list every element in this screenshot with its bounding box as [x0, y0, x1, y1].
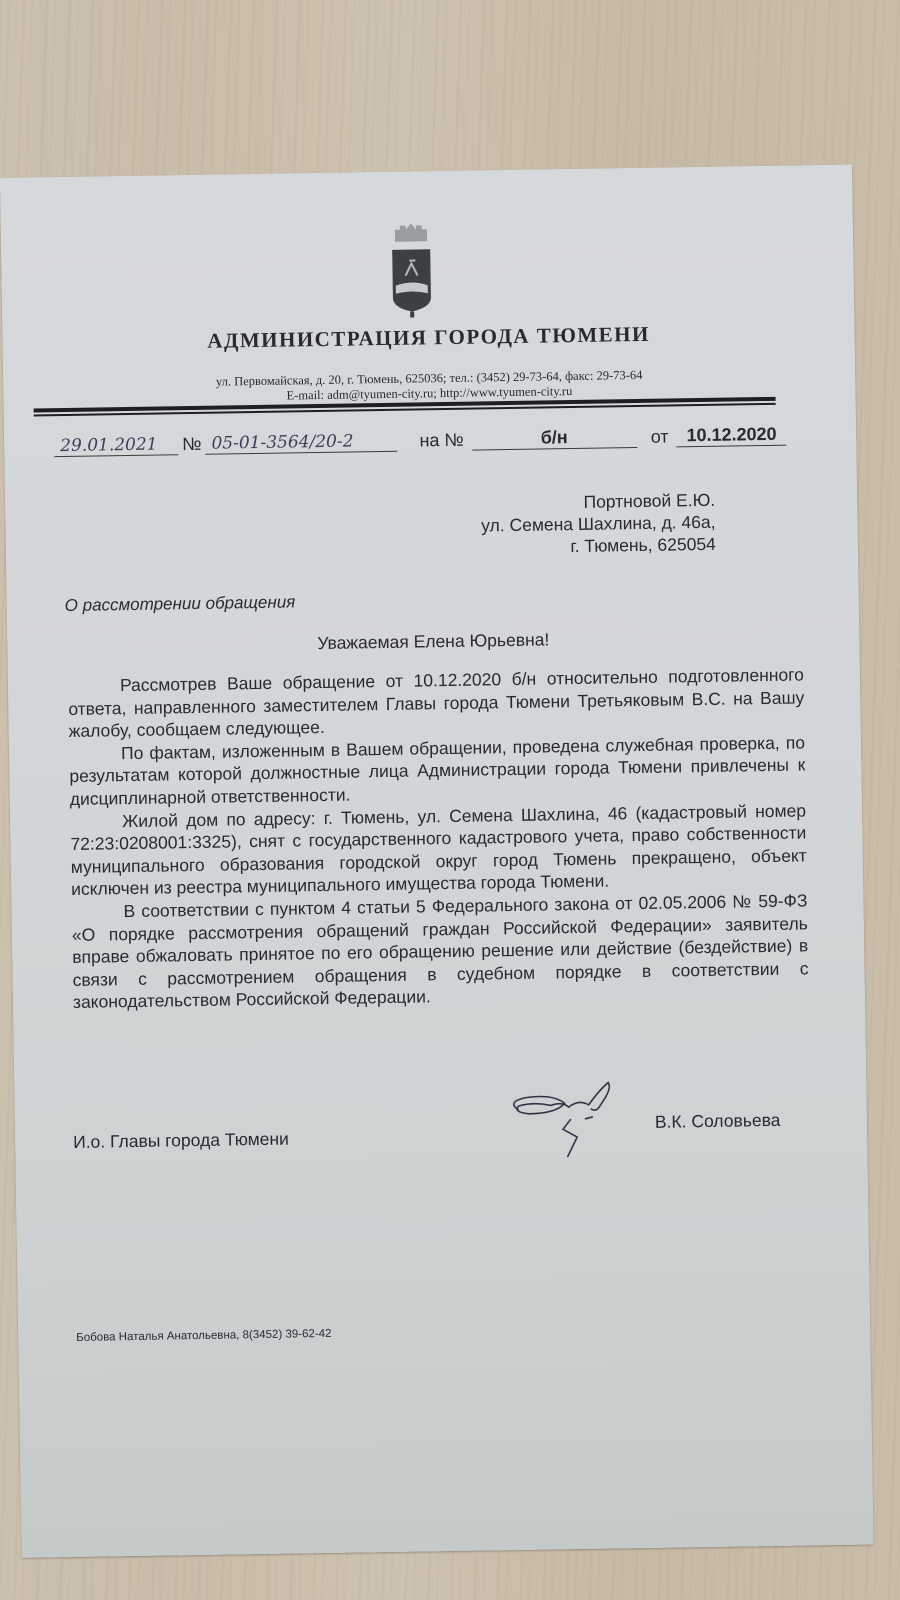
recipient-block: Портновой Е.Ю. ул. Семена Шахлина, д. 46… [465, 489, 716, 559]
paragraph: В соответствии с пунктом 4 статьи 5 Феде… [71, 889, 809, 1014]
signatory-name: В.К. Соловьева [655, 1110, 781, 1133]
handwritten-signature-icon [504, 1078, 645, 1160]
reference-date: 10.12.2020 [676, 424, 786, 448]
outgoing-date: 29.01.2021 [54, 434, 178, 457]
organization-name: АДМИНИСТРАЦИЯ ГОРОДА ТЮМЕНИ [2, 319, 854, 357]
paragraph: Жилой дом по адресу: г. Тюмень, ул. Семе… [70, 799, 807, 901]
outgoing-number: 05-01-3564/20-2 [205, 431, 397, 455]
coat-of-arms-icon [389, 223, 434, 318]
letter-body: Рассмотрев Ваше обращение от 10.12.2020 … [68, 663, 809, 1013]
letter-subject: О рассмотрении обращения [65, 592, 296, 616]
greeting: Уважаемая Елена Юрьевна! [7, 625, 859, 659]
reference-label: на № [419, 430, 464, 452]
registration-line: 29.01.2021 № 05-01-3564/20-2 на № б/н от… [54, 424, 787, 458]
paragraph: Рассмотрев Ваше обращение от 10.12.2020 … [68, 663, 805, 742]
paragraph: По фактам, изложенным в Вашем обращении,… [69, 731, 806, 810]
reference-date-label: от [651, 427, 669, 448]
reference-number: б/н [472, 426, 637, 451]
letter-sheet: АДМИНИСТРАЦИЯ ГОРОДА ТЮМЕНИ ул. Первомай… [0, 165, 874, 1558]
signatory-position: И.о. Главы города Тюмени [73, 1129, 289, 1153]
executor-contact: Бобова Наталья Анатольевна, 8(3452) 39-6… [76, 1328, 331, 1344]
number-label: № [182, 434, 202, 455]
recipient-city: г. Тюмень, 625054 [466, 533, 716, 559]
